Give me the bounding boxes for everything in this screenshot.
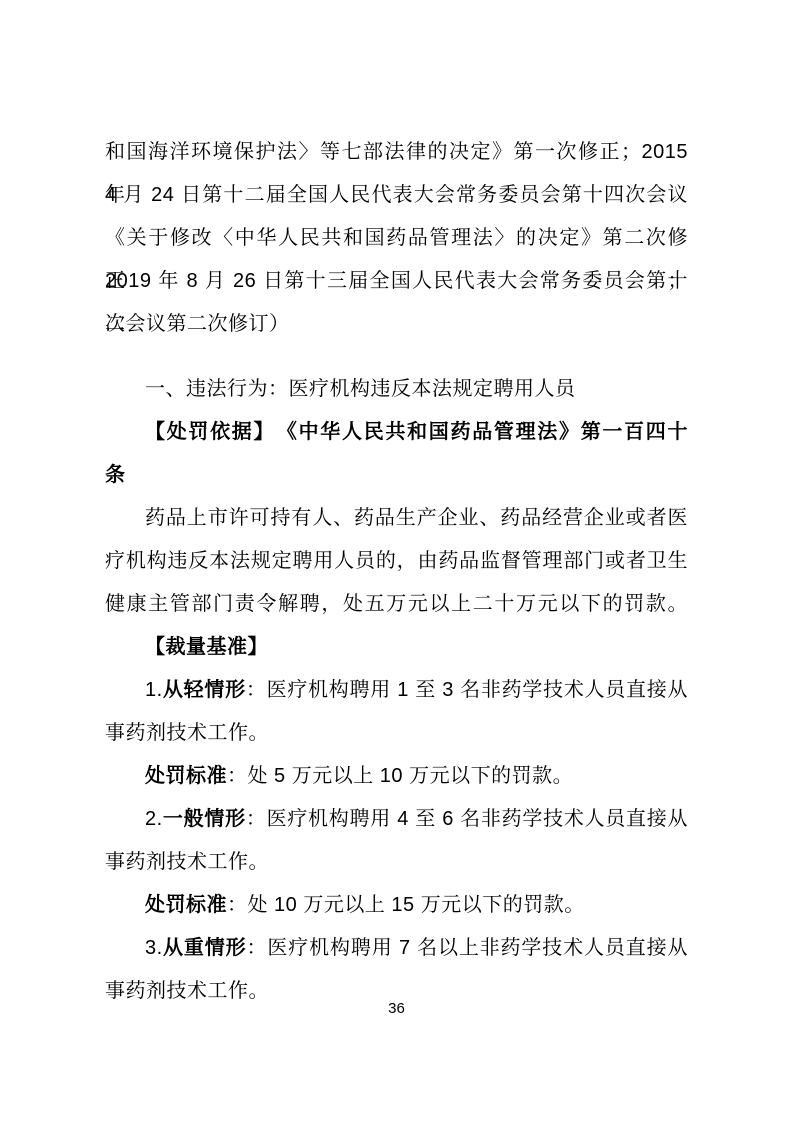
text-line: 疗机构违反本法规定聘用人员的，由药品监督管理部门或者卫生 bbox=[105, 540, 688, 583]
bold-text-segment: 处罚标准 bbox=[145, 894, 227, 916]
light-circumstance: 1.从轻情形：医疗机构聘用 1 至 3 名非药学技术人员直接从事药剂技术工作。 bbox=[105, 669, 688, 755]
intro-continuation: 和国海洋环境保护法〉等七部法律的决定》第一次修正；2015 年4 月 24 日第… bbox=[105, 131, 688, 346]
page-number: 36 bbox=[388, 1000, 405, 1017]
document-page: 和国海洋环境保护法〉等七部法律的决定》第一次修正；2015 年4 月 24 日第… bbox=[0, 0, 793, 1122]
bold-text-segment: 【处罚依据】 《中华人民共和国药品管理法》第一百四十 bbox=[145, 421, 688, 443]
text-segment: 1. bbox=[145, 679, 163, 701]
text-line: 【裁量基准】 bbox=[105, 626, 688, 669]
text-line: 事药剂技术工作。 bbox=[105, 712, 688, 755]
text-line: 【处罚依据】 《中华人民共和国药品管理法》第一百四十 bbox=[105, 411, 688, 454]
text-line: 2019 年 8 月 26 日第十三届全国人民代表大会常务委员会第十二 bbox=[105, 260, 688, 303]
text-line: 《关于修改〈中华人民共和国药品管理法〉的决定》第二次修正； bbox=[105, 217, 688, 260]
text-segment: 2. bbox=[145, 808, 163, 830]
page-footer: 36 bbox=[0, 999, 793, 1018]
text-segment: ：医疗机构聘用 7 名以上非药学技术人员直接从 bbox=[247, 937, 688, 959]
text-segment: 次会议第二次修订） bbox=[105, 313, 290, 335]
text-line: 处罚标准：处 5 万元以上 10 万元以下的罚款。 bbox=[105, 755, 688, 798]
bold-text-segment: 条 bbox=[105, 464, 126, 486]
text-line: 2.一般情形：医疗机构聘用 4 至 6 名非药学技术人员直接从 bbox=[105, 798, 688, 841]
text-line: 事药剂技术工作。 bbox=[105, 841, 688, 884]
text-line: 次会议第二次修订） bbox=[105, 303, 688, 346]
text-segment: 一、违法行为：医疗机构违反本法规定聘用人员 bbox=[145, 378, 576, 400]
text-line: 和国海洋环境保护法〉等七部法律的决定》第一次修正；2015 年 bbox=[105, 131, 688, 174]
text-segment: 3. bbox=[145, 937, 163, 959]
text-line: 药品上市许可持有人、药品生产企业、药品经营企业或者医 bbox=[105, 497, 688, 540]
penalty-basis: 【处罚依据】 《中华人民共和国药品管理法》第一百四十条 bbox=[105, 411, 688, 497]
text-line: 1.从轻情形：医疗机构聘用 1 至 3 名非药学技术人员直接从 bbox=[105, 669, 688, 712]
section-heading: 一、违法行为：医疗机构违反本法规定聘用人员 bbox=[105, 368, 688, 411]
bold-text-segment: 从轻情形 bbox=[163, 679, 246, 701]
general-penalty-standard: 处罚标准：处 10 万元以上 15 万元以下的罚款。 bbox=[105, 884, 688, 927]
bold-text-segment: 从重情形 bbox=[163, 937, 247, 959]
text-segment: 健康主管部门责令解聘，处五万元以上二十万元以下的罚款。 bbox=[105, 593, 688, 615]
general-circumstance: 2.一般情形：医疗机构聘用 4 至 6 名非药学技术人员直接从事药剂技术工作。 bbox=[105, 798, 688, 884]
text-segment: 事药剂技术工作。 bbox=[105, 722, 269, 744]
bold-text-segment: 一般情形 bbox=[163, 808, 246, 830]
text-segment: ：处 10 万元以上 15 万元以下的罚款。 bbox=[227, 894, 585, 916]
bold-text-segment: 处罚标准 bbox=[145, 765, 227, 787]
text-segment: 药品上市许可持有人、药品生产企业、药品经营企业或者医 bbox=[145, 507, 688, 529]
light-penalty-standard: 处罚标准：处 5 万元以上 10 万元以下的罚款。 bbox=[105, 755, 688, 798]
text-segment: 事药剂技术工作。 bbox=[105, 851, 269, 873]
text-line: 健康主管部门责令解聘，处五万元以上二十万元以下的罚款。 bbox=[105, 583, 688, 626]
text-segment: 4 月 24 日第十二届全国人民代表大会常务委员会第十四次会议 bbox=[105, 184, 688, 206]
text-line: 4 月 24 日第十二届全国人民代表大会常务委员会第十四次会议 bbox=[105, 174, 688, 217]
document-body: 和国海洋环境保护法〉等七部法律的决定》第一次修正；2015 年4 月 24 日第… bbox=[105, 131, 688, 1013]
text-line: 3.从重情形：医疗机构聘用 7 名以上非药学技术人员直接从 bbox=[105, 927, 688, 970]
text-segment: ：处 5 万元以上 10 万元以下的罚款。 bbox=[227, 765, 573, 787]
discretion-benchmark-heading: 【裁量基准】 bbox=[105, 626, 688, 669]
bold-text-segment: 【裁量基准】 bbox=[145, 636, 268, 658]
text-segment: 疗机构违反本法规定聘用人员的，由药品监督管理部门或者卫生 bbox=[105, 550, 688, 572]
text-segment: ：医疗机构聘用 4 至 6 名非药学技术人员直接从 bbox=[246, 808, 688, 830]
text-segment: ：医疗机构聘用 1 至 3 名非药学技术人员直接从 bbox=[246, 679, 688, 701]
text-line: 一、违法行为：医疗机构违反本法规定聘用人员 bbox=[105, 368, 688, 411]
law-text: 药品上市许可持有人、药品生产企业、药品经营企业或者医疗机构违反本法规定聘用人员的… bbox=[105, 497, 688, 626]
text-line: 处罚标准：处 10 万元以上 15 万元以下的罚款。 bbox=[105, 884, 688, 927]
text-line: 条 bbox=[105, 454, 688, 497]
